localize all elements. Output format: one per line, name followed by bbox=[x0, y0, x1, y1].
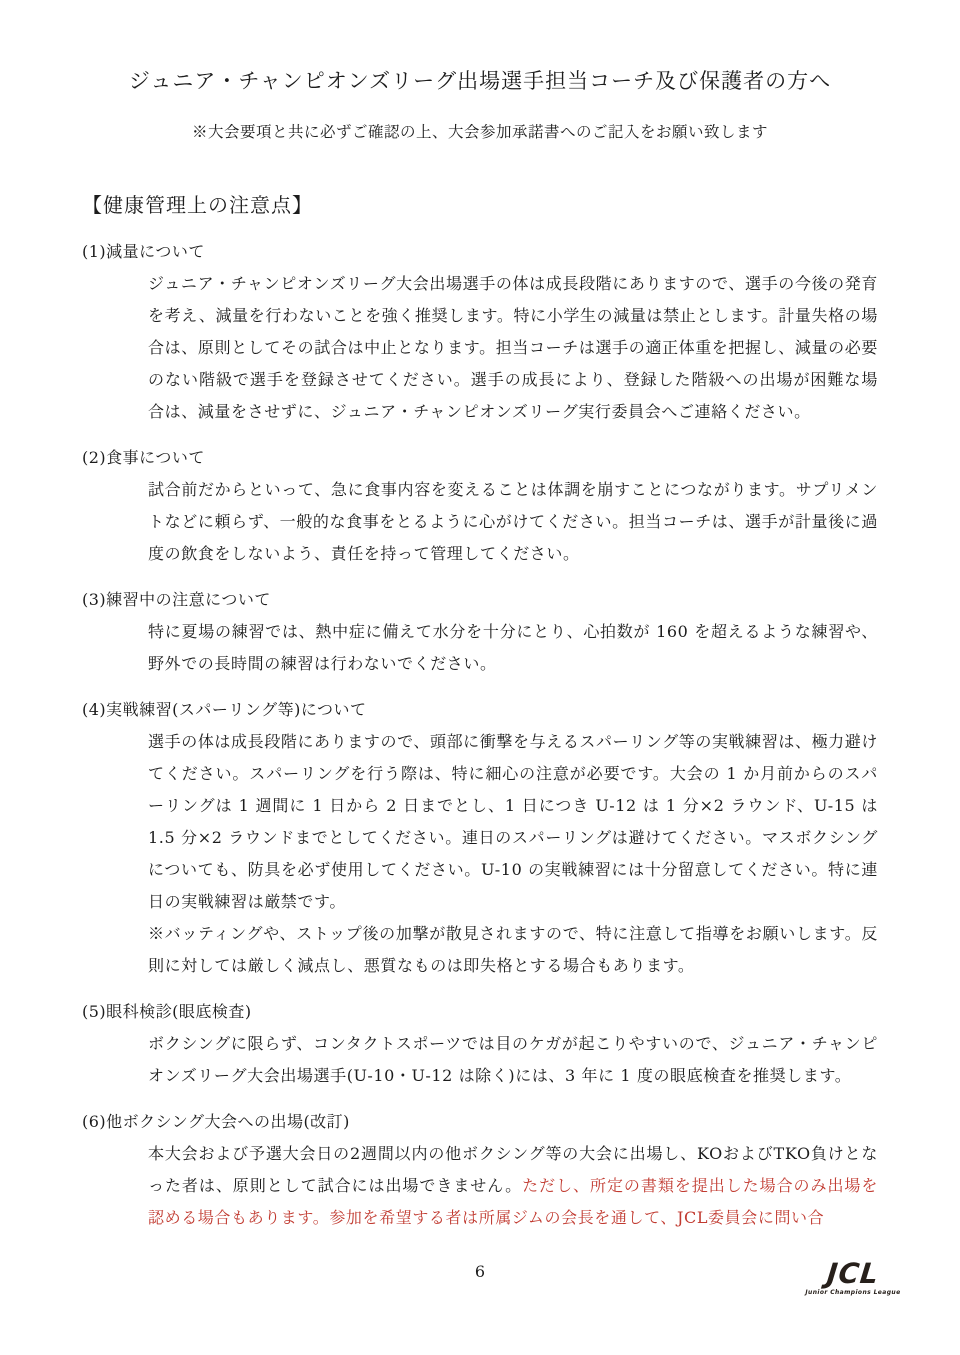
text-run: ※バッティングや、ストップ後の加撃が散見されますので、特に注意して指導をお願いし… bbox=[148, 924, 878, 975]
section: (4)実戦練習(スパーリング等)について選手の体は成長段階にありますので、頭部に… bbox=[82, 694, 878, 982]
section-label: (2)食事について bbox=[82, 442, 878, 474]
section-paragraph: ※バッティングや、ストップ後の加撃が散見されますので、特に注意して指導をお願いし… bbox=[148, 918, 878, 982]
section-paragraph: ボクシングに限らず、コンタクトスポーツでは目のケガが起こりやすいので、ジュニア・… bbox=[148, 1028, 878, 1092]
document-content: ジュニア・チャンピオンズリーグ出場選手担当コーチ及び保護者の方へ ※大会要項と共… bbox=[0, 0, 960, 1234]
text-run: ジュニア・チャンピオンズリーグ大会出場選手の体は成長段階にありますので、選手の今… bbox=[148, 274, 878, 421]
text-run: 試合前だからといって、急に食事内容を変えることは体調を崩すことにつながります。サ… bbox=[148, 480, 878, 563]
section-label: (4)実戦練習(スパーリング等)について bbox=[82, 694, 878, 726]
section: (1)減量についてジュニア・チャンピオンズリーグ大会出場選手の体は成長段階にあり… bbox=[82, 236, 878, 428]
section-label: (5)眼科検診(眼底検査) bbox=[82, 996, 878, 1028]
section: (2)食事について試合前だからといって、急に食事内容を変えることは体調を崩すこと… bbox=[82, 442, 878, 570]
section: (6)他ボクシング大会への出場(改訂)本大会および予選大会日の2週間以内の他ボク… bbox=[82, 1106, 878, 1234]
section-paragraph: 特に夏場の練習では、熱中症に備えて水分を十分にとり、心拍数が 160 を超えるよ… bbox=[148, 616, 878, 680]
jcl-logo-text: JCL bbox=[797, 1260, 910, 1288]
text-run: 選手の体は成長段階にありますので、頭部に衝撃を与えるスパーリング等の実戦練習は、… bbox=[148, 732, 878, 911]
section-paragraph: ジュニア・チャンピオンズリーグ大会出場選手の体は成長段階にありますので、選手の今… bbox=[148, 268, 878, 428]
section-paragraph: 選手の体は成長段階にありますので、頭部に衝撃を与えるスパーリング等の実戦練習は、… bbox=[148, 726, 878, 918]
document-title: ジュニア・チャンピオンズリーグ出場選手担当コーチ及び保護者の方へ bbox=[82, 66, 878, 96]
jcl-logo: JCL Junior Champions League bbox=[798, 1260, 908, 1296]
document-subtitle: ※大会要項と共に必ずご確認の上、大会参加承諾書へのご記入をお願い致します bbox=[82, 120, 878, 144]
sections-container: (1)減量についてジュニア・チャンピオンズリーグ大会出場選手の体は成長段階にあり… bbox=[82, 236, 878, 1234]
document-page: ジュニア・チャンピオンズリーグ出場選手担当コーチ及び保護者の方へ ※大会要項と共… bbox=[0, 0, 960, 1355]
section-paragraph: 本大会および予選大会日の2週間以内の他ボクシング等の大会に出場し、KOおよびTK… bbox=[148, 1138, 878, 1234]
section: (3)練習中の注意について特に夏場の練習では、熱中症に備えて水分を十分にとり、心… bbox=[82, 584, 878, 680]
section-heading: 【健康管理上の注意点】 bbox=[82, 190, 878, 220]
jcl-logo-tagline: Junior Champions League bbox=[798, 1289, 908, 1296]
section-label: (6)他ボクシング大会への出場(改訂) bbox=[82, 1106, 878, 1138]
text-run: 特に夏場の練習では、熱中症に備えて水分を十分にとり、心拍数が 160 を超えるよ… bbox=[148, 622, 878, 673]
text-run: ボクシングに限らず、コンタクトスポーツでは目のケガが起こりやすいので、ジュニア・… bbox=[148, 1034, 878, 1085]
section-label: (1)減量について bbox=[82, 236, 878, 268]
section: (5)眼科検診(眼底検査)ボクシングに限らず、コンタクトスポーツでは目のケガが起… bbox=[82, 996, 878, 1092]
section-label: (3)練習中の注意について bbox=[82, 584, 878, 616]
section-paragraph: 試合前だからといって、急に食事内容を変えることは体調を崩すことにつながります。サ… bbox=[148, 474, 878, 570]
